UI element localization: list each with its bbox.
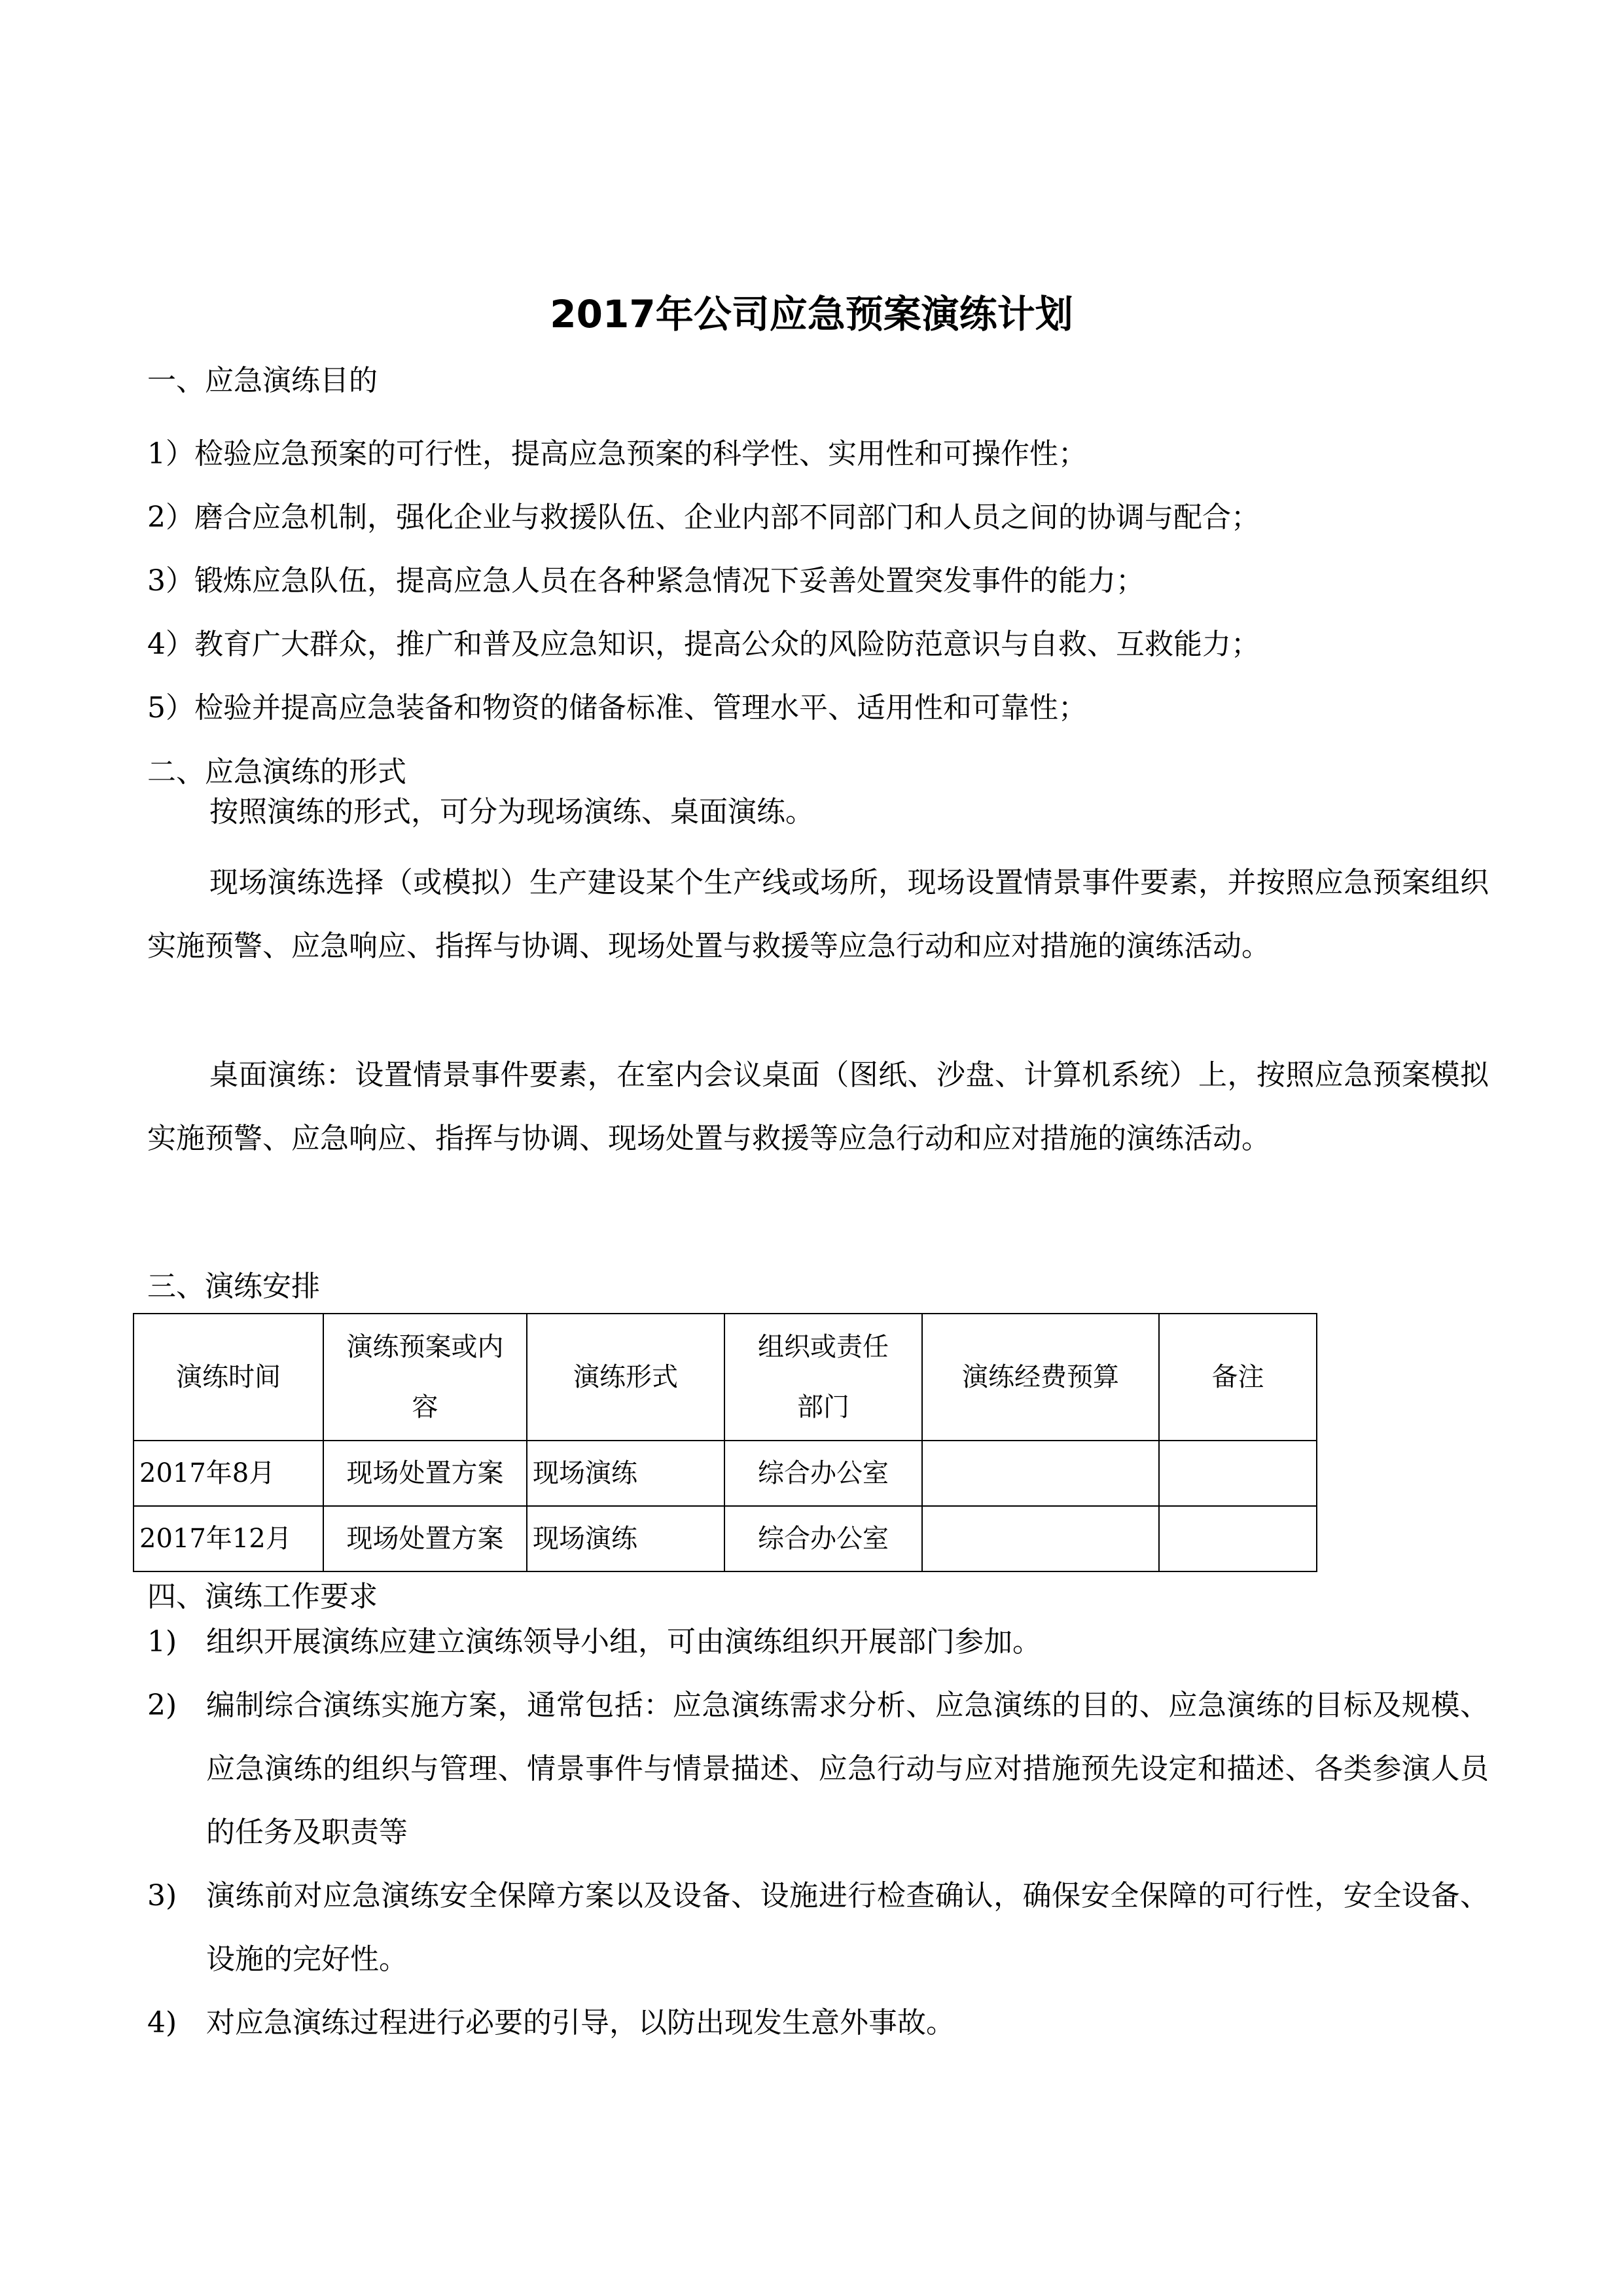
section4-item-3: 3) 演练前对应急演练安全保障方案以及设备、设施进行检查确认，确保安全保障的可行…: [147, 1864, 1489, 1991]
table-cell-time: 2017年8月: [134, 1441, 323, 1506]
section2-paragraph-2: 现场演练选择（或模拟）生产建设某个生产线或场所，现场设置情景事件要素，并按照应急…: [147, 851, 1489, 978]
section1-item-4: 4）教育广大群众，推广和普及应急知识，提高公众的风险防范意识与自救、互救能力；: [147, 625, 1260, 664]
table-header-cell: 演练形式: [527, 1314, 724, 1441]
table-header-cell: 演练经费预算: [922, 1314, 1159, 1441]
table-cell-time: 2017年12月: [134, 1506, 323, 1571]
list-text: 编制综合演练实施方案，通常包括：应急演练需求分析、应急演练的目的、应急演练的目标…: [206, 1674, 1489, 1864]
table-cell-department: 综合办公室: [724, 1506, 922, 1571]
table-header-cell: 组织或责任部门: [724, 1314, 922, 1441]
list-text: 对应急演练过程进行必要的引导，以防出现发生意外事故。: [206, 1991, 1489, 2054]
table-header-cell: 演练预案或内容: [323, 1314, 527, 1441]
list-text: 组织开展演练应建立演练领导小组，可由演练组织开展部门参加。: [206, 1610, 1489, 1674]
section1-heading: 一、应急演练目的: [147, 361, 378, 401]
list-number: 2): [147, 1674, 206, 1737]
table-cell-content: 现场处置方案: [323, 1506, 527, 1571]
table-cell-notes: [1159, 1506, 1317, 1571]
document-title: 2017年公司应急预案演练计划: [0, 288, 1623, 340]
table-header-cell: 演练时间: [134, 1314, 323, 1441]
table-header-text: 组织或责任部门: [755, 1317, 892, 1437]
list-number: 1): [147, 1610, 206, 1674]
section1-item-1: 1）检验应急预案的可行性，提高应急预案的科学性、实用性和可操作性；: [147, 435, 1087, 474]
table-cell-budget: [922, 1506, 1159, 1571]
table-header-cell: 备注: [1159, 1314, 1317, 1441]
table-header-text: 演练预案或内容: [344, 1317, 507, 1437]
table-cell-form: 现场演练: [527, 1506, 724, 1571]
table-cell-budget: [922, 1441, 1159, 1506]
list-text: 演练前对应急演练安全保障方案以及设备、设施进行检查确认，确保安全保障的可行性，安…: [206, 1864, 1489, 1991]
table-cell-notes: [1159, 1441, 1317, 1506]
section1-item-5: 5）检验并提高应急装备和物资的储备标准、管理水平、适用性和可靠性；: [147, 689, 1087, 728]
table-row: 2017年12月 现场处置方案 现场演练 综合办公室: [134, 1506, 1317, 1571]
list-number: 4): [147, 1991, 206, 2054]
section4-item-1: 1) 组织开展演练应建立演练领导小组，可由演练组织开展部门参加。: [147, 1610, 1489, 1674]
section2-paragraph-3: 桌面演练：设置情景事件要素，在室内会议桌面（图纸、沙盘、计算机系统）上，按照应急…: [147, 1043, 1489, 1170]
section2-paragraph-1: 按照演练的形式，可分为现场演练、桌面演练。: [147, 780, 1489, 844]
table-header-row: 演练时间 演练预案或内容 演练形式 组织或责任部门 演练经费预算 备注: [134, 1314, 1317, 1441]
table-cell-department: 综合办公室: [724, 1441, 922, 1506]
list-number: 3): [147, 1864, 206, 1928]
section1-item-3: 3）锻炼应急队伍，提高应急人员在各种紧急情况下妥善处置突发事件的能力；: [147, 562, 1145, 601]
section1-item-2: 2）磨合应急机制，强化企业与救援队伍、企业内部不同部门和人员之间的协调与配合；: [147, 498, 1260, 537]
drill-schedule-table: 演练时间 演练预案或内容 演练形式 组织或责任部门 演练经费预算 备注 2017…: [133, 1313, 1317, 1572]
section3-heading: 三、演练安排: [147, 1267, 320, 1306]
table-cell-form: 现场演练: [527, 1441, 724, 1506]
section4-item-4: 4) 对应急演练过程进行必要的引导，以防出现发生意外事故。: [147, 1991, 1489, 2054]
section4-item-2: 2) 编制综合演练实施方案，通常包括：应急演练需求分析、应急演练的目的、应急演练…: [147, 1674, 1489, 1864]
table-row: 2017年8月 现场处置方案 现场演练 综合办公室: [134, 1441, 1317, 1506]
table-cell-content: 现场处置方案: [323, 1441, 527, 1506]
